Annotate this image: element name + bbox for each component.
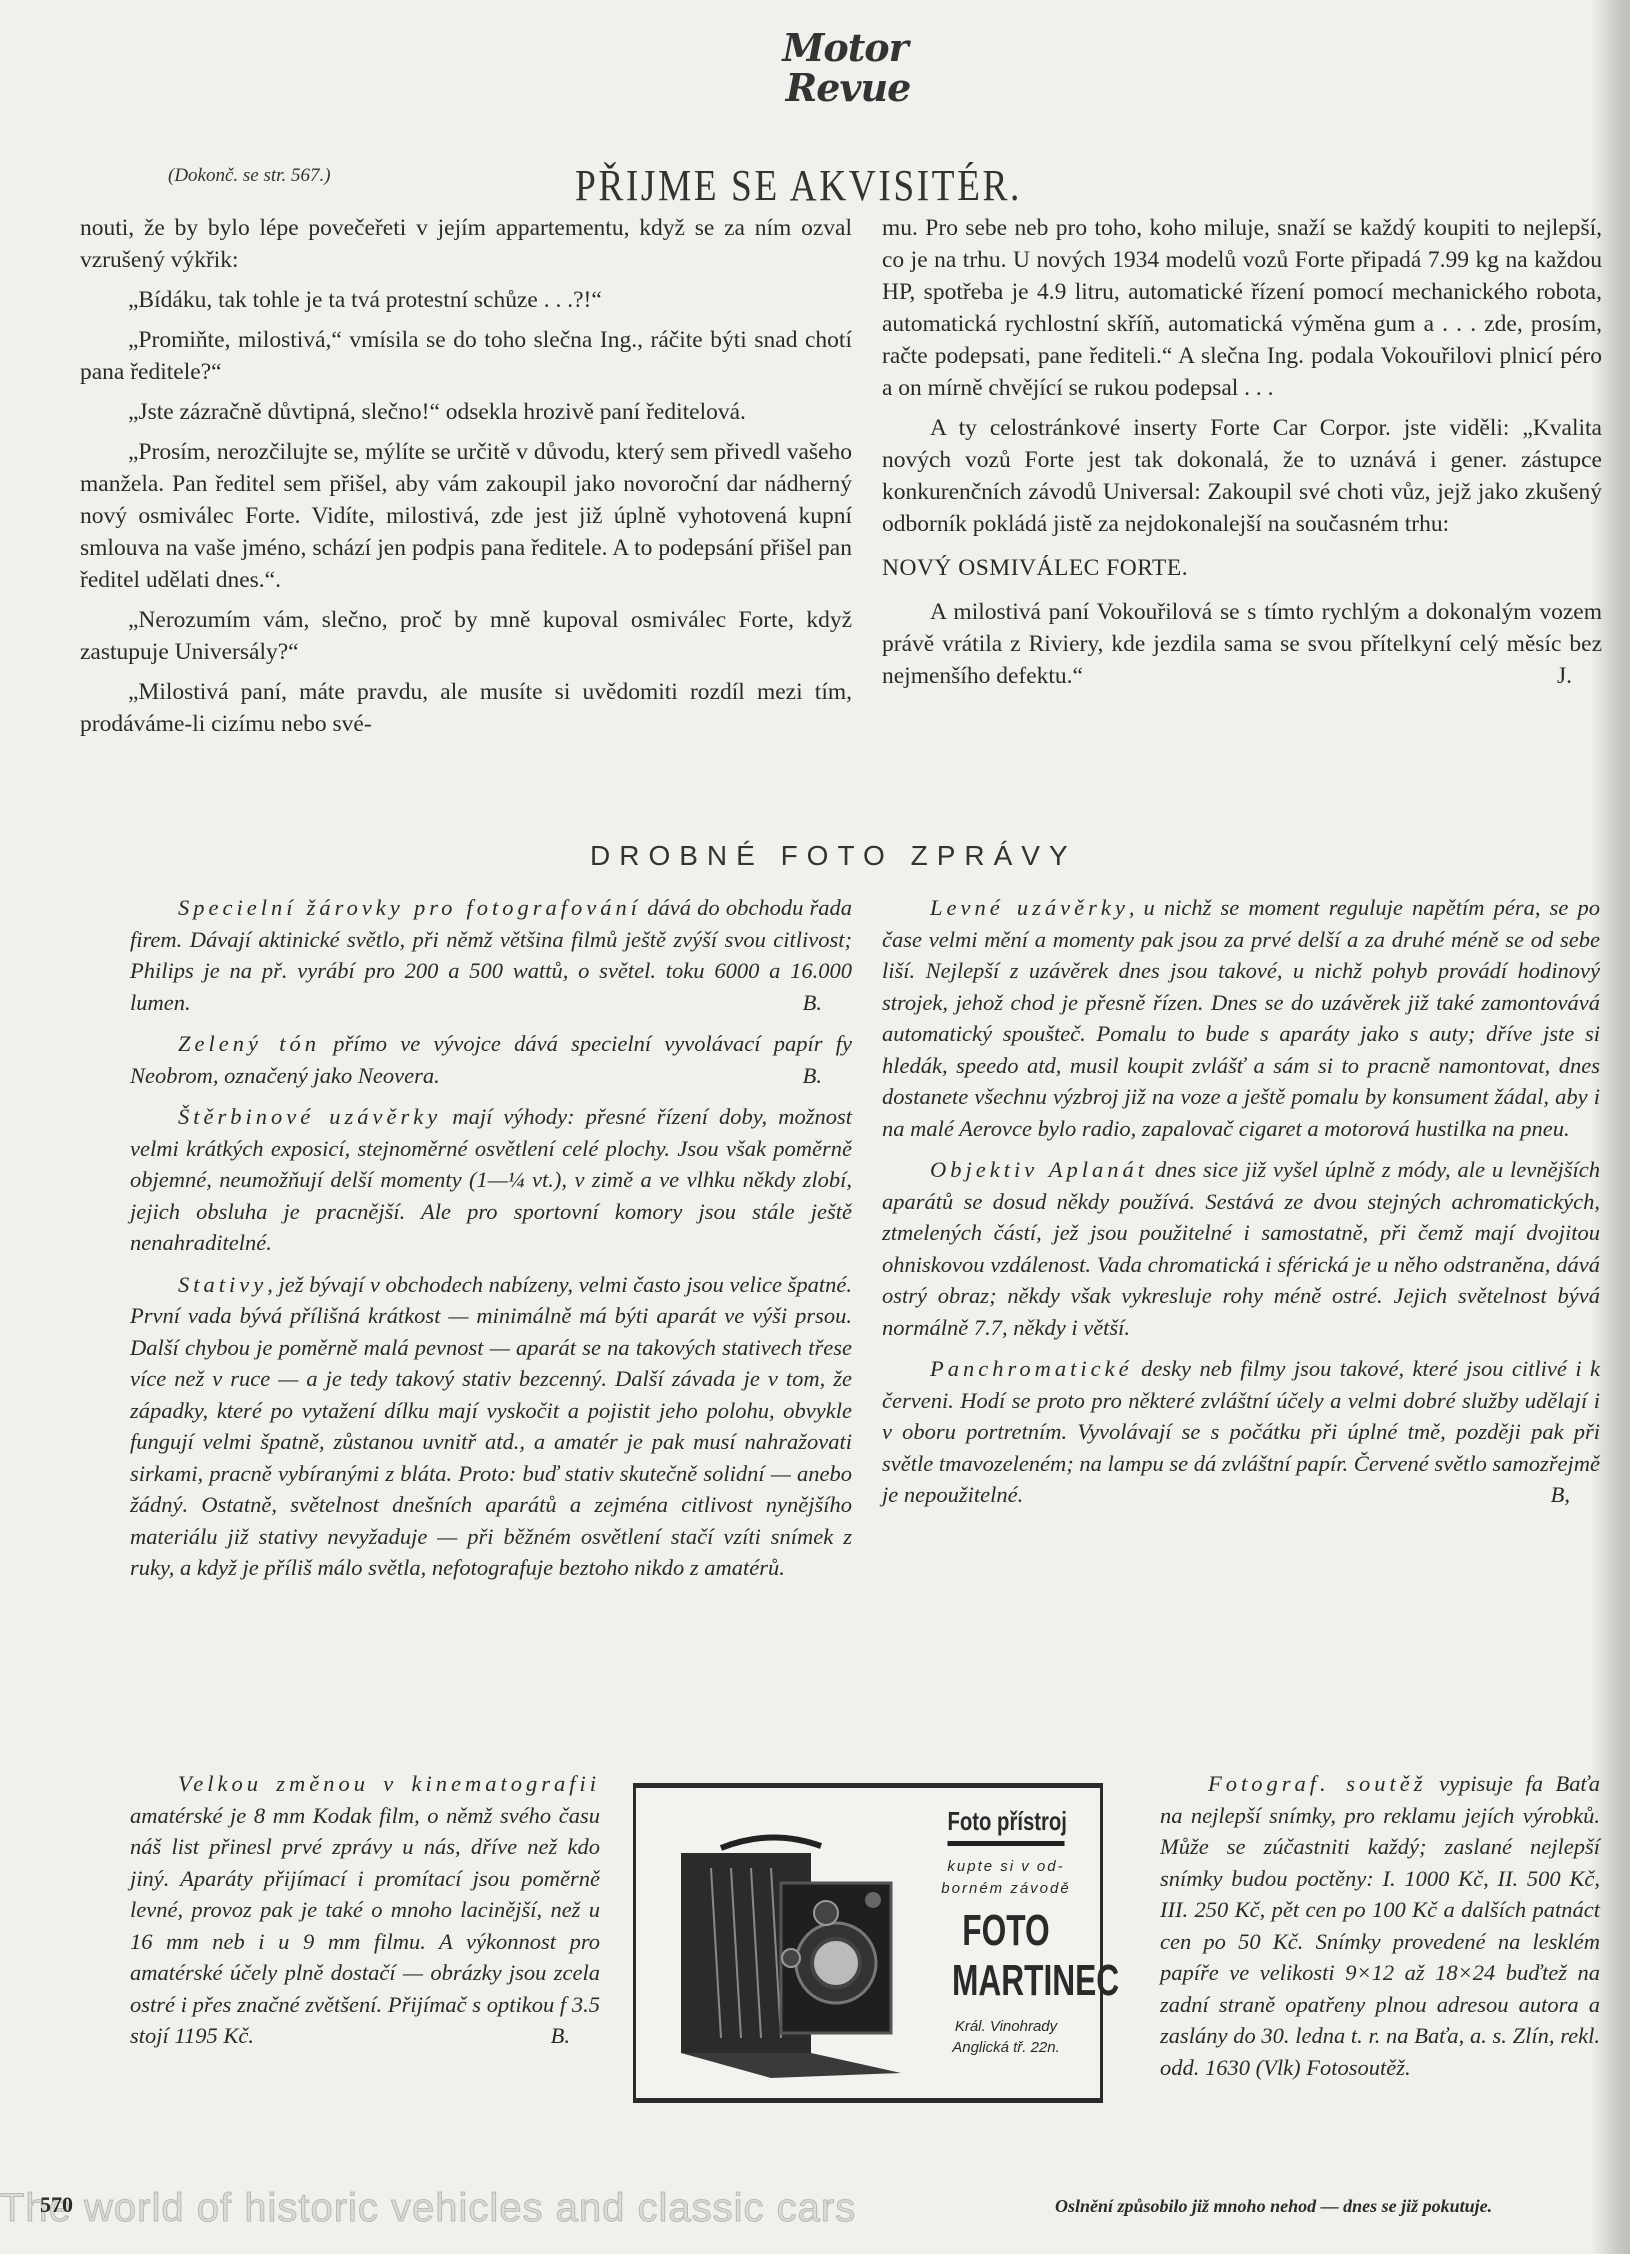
news-item: Panchromatické desky neb filmy jsou tako… bbox=[882, 1353, 1600, 1511]
masthead-line1: Motor bbox=[760, 28, 930, 68]
news-item: Levné uzávěrky, u nichž se moment regulu… bbox=[882, 892, 1600, 1144]
story-final-text: A milostivá paní Vokouřilová se s tímto … bbox=[882, 599, 1602, 689]
news-signature: B. bbox=[755, 987, 852, 1019]
news-column-left: Specielní žárovky pro fotografování dává… bbox=[130, 892, 852, 1584]
masthead-line2: Revue bbox=[766, 68, 930, 108]
story-signature: J. bbox=[1509, 660, 1602, 692]
footer-note: Oslnění způsobilo již mnoho nehod — dnes… bbox=[1055, 2196, 1492, 2217]
story-paragraph: „Prosím, nerozčilujte se, mýlíte se urči… bbox=[80, 436, 852, 596]
news-text: dnes sice již vyšel úplně z módy, ale u … bbox=[882, 1157, 1600, 1340]
watermark: The world of historic vehicles and class… bbox=[0, 2186, 856, 2231]
news-item: Objektiv Aplanát dnes sice již vyšel úpl… bbox=[882, 1154, 1600, 1343]
folding-camera-icon bbox=[661, 1828, 921, 2078]
continued-note: (Dokonč. se str. 567.) bbox=[168, 165, 331, 187]
story-column-left: nouti, že by bylo lépe povečeřeti v její… bbox=[80, 212, 852, 740]
news-item: Štěrbinové uzávěrky mají výhody: přesné … bbox=[130, 1101, 852, 1259]
story-paragraph: „Milostivá paní, máte pravdu, ale musíte… bbox=[80, 676, 852, 740]
news-column-bottom-left: Velkou změnou v kinematografii amatérské… bbox=[130, 1768, 600, 2052]
story-column-right: mu. Pro sebe neb pro toho, koho miluje, … bbox=[882, 212, 1602, 692]
news-text: , u nichž se moment reguluje napětím pér… bbox=[882, 895, 1600, 1141]
news-text: vypisuje fa Baťa na nejlepší snímky, pro… bbox=[1160, 1771, 1600, 2080]
story-title: PŘIJME SE AKVISITÉR. bbox=[575, 160, 1022, 211]
news-signature: B, bbox=[1503, 1479, 1600, 1511]
news-lead: Levné uzávěrky bbox=[930, 895, 1129, 920]
story-paragraph: „Nerozumím vám, slečno, proč by mně kupo… bbox=[80, 604, 852, 668]
masthead-logo: Motor Revue bbox=[760, 28, 930, 108]
news-lead: Velkou změnou v kinematografii bbox=[178, 1771, 600, 1796]
news-text: , jež bývají v obchodech nabízeny, velmi… bbox=[130, 1272, 852, 1581]
ad-brand-2: MARTINEC bbox=[952, 1956, 1060, 2006]
story-paragraph: „Promiňte, milostivá,“ vmísila se do toh… bbox=[80, 324, 852, 388]
ad-brand-1: FOTO bbox=[952, 1906, 1060, 1956]
news-item: Stativy, jež bývají v obchodech nabízeny… bbox=[130, 1269, 852, 1584]
story-paragraph: A milostivá paní Vokouřilová se s tímto … bbox=[882, 596, 1602, 692]
news-signature: B. bbox=[755, 1060, 852, 1092]
news-lead: Štěrbinové uzávěrky bbox=[178, 1104, 441, 1129]
story-paragraph: nouti, že by bylo lépe povečeřeti v její… bbox=[80, 212, 852, 276]
news-column-bottom-right: Fotograf. soutěž vypisuje fa Baťa na nej… bbox=[1160, 1768, 1600, 2083]
news-lead: Objektiv Aplanát bbox=[930, 1157, 1148, 1182]
ad-headline: Foto přístroj bbox=[948, 1806, 1065, 1846]
ad-subline-2: borném závodě bbox=[931, 1878, 1081, 1900]
news-item: Zelený tón přímo ve vývojce dává speciel… bbox=[130, 1028, 852, 1091]
page-number: 570 bbox=[40, 2192, 73, 2218]
news-item: Fotograf. soutěž vypisuje fa Baťa na nej… bbox=[1160, 1768, 1600, 2083]
news-signature: B. bbox=[503, 2020, 600, 2052]
story-paragraph: mu. Pro sebe neb pro toho, koho miluje, … bbox=[882, 212, 1602, 404]
ad-address-2: Anglická tř. 22n. bbox=[931, 2037, 1081, 2058]
story-paragraph: „Bídáku, tak tohle je ta tvá protestní s… bbox=[80, 284, 852, 316]
news-lead: Zelený tón bbox=[178, 1031, 320, 1056]
ad-address-1: Král. Vinohrady bbox=[931, 2016, 1081, 2037]
news-item: Specielní žárovky pro fotografování dává… bbox=[130, 892, 852, 1018]
story-paragraph: A ty celostránkové inserty Forte Car Cor… bbox=[882, 412, 1602, 540]
news-text: amatérské je 8 mm Kodak film, o němž své… bbox=[130, 1803, 600, 2049]
story-paragraph: „Jste zázračně důvtipná, slečno!“ odsekl… bbox=[80, 396, 852, 428]
news-item: Velkou změnou v kinematografii amatérské… bbox=[130, 1768, 600, 2052]
news-column-right: Levné uzávěrky, u nichž se moment regulu… bbox=[882, 892, 1600, 1511]
news-lead: Panchromatické bbox=[930, 1356, 1133, 1381]
story-slogan: NOVÝ OSMIVÁLEC FORTE. bbox=[882, 552, 1602, 584]
news-lead: Specielní žárovky pro fotografování bbox=[178, 895, 641, 920]
news-lead: Stativy bbox=[178, 1272, 267, 1297]
news-lead: Fotograf. soutěž bbox=[1208, 1771, 1427, 1796]
advertisement-foto-martinec: Foto přístroj kupte si v od- borném závo… bbox=[633, 1783, 1103, 2103]
ad-subline-1: kupte si v od- bbox=[931, 1856, 1081, 1878]
news-section-heading: DROBNÉ FOTO ZPRÁVY bbox=[590, 840, 1077, 872]
advertisement-text: Foto přístroj kupte si v od- borném závo… bbox=[931, 1806, 1081, 2058]
